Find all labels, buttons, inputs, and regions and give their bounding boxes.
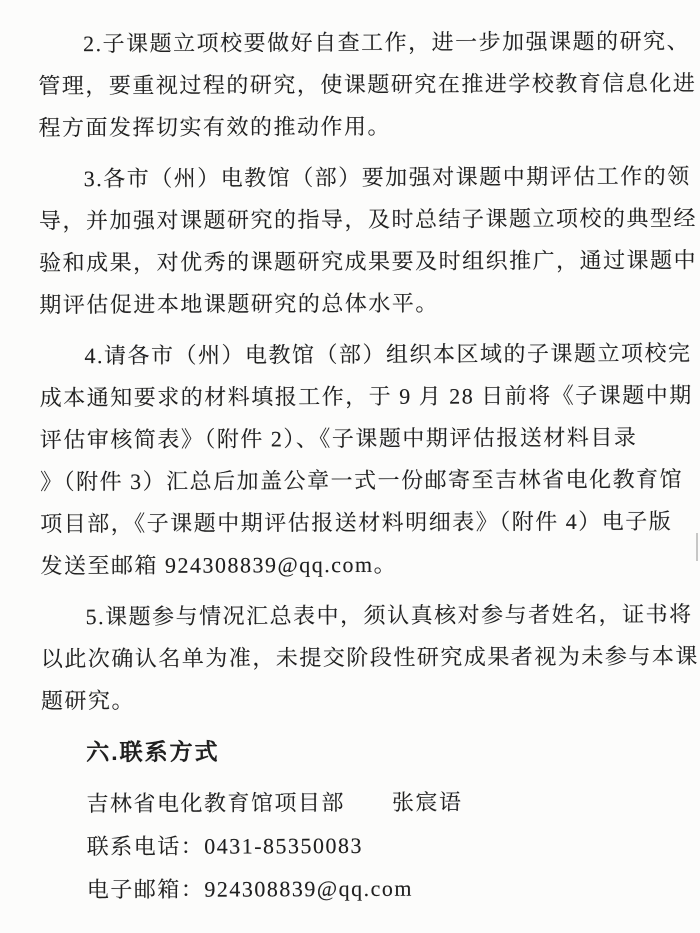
text-line: 2.子课题立项校要做好自查工作，进一步加强课题的研究、 bbox=[38, 21, 672, 66]
text-line: 发送至邮箱 924308839@qq.com。 bbox=[40, 543, 674, 588]
paragraph: 2.子课题立项校要做好自查工作，进一步加强课题的研究、管理，要重视过程的研究，使… bbox=[38, 21, 673, 150]
paragraph: 吉林省电化教育馆项目部 张宸语联系电话：0431-85350083电子邮箱：92… bbox=[41, 780, 676, 912]
text-line: 》（附件 3）汇总后加盖公章一式一份邮寄至吉林省电化教育馆 bbox=[40, 459, 674, 504]
section-heading: 六.联系方式 bbox=[41, 729, 675, 774]
text-line: 验和成果，对优秀的课题研究成果要及时组织推广，通过课题中 bbox=[39, 240, 673, 285]
text-line: 管理，要重视过程的研究，使课题研究在推进学校教育信息化进 bbox=[38, 63, 672, 108]
text-line: 5.课题参与情况汇总表中，须认真核对参与者姓名，证书将 bbox=[41, 594, 675, 639]
text-line: 题研究。 bbox=[41, 678, 675, 723]
paragraph: 4.请各市（州）电教馆（部）组织本区域的子课题立项校完成本通知要求的材料填报工作… bbox=[39, 333, 674, 588]
text-line: 导，并加强对课题研究的指导，及时总结子课题立项校的典型经 bbox=[39, 198, 673, 243]
text-line: 联系电话：0431-85350083 bbox=[42, 823, 676, 869]
text-line: 电子邮箱：924308839@qq.com bbox=[42, 866, 676, 912]
paragraph: 5.课题参与情况汇总表中，须认真核对参与者姓名，证书将以此次确认名单为准，未提交… bbox=[41, 594, 676, 723]
text-line: 程方面发挥切实有效的推动作用。 bbox=[38, 105, 672, 150]
paragraph: 3.各市（州）电教馆（部）要加强对课题中期评估工作的领导，并加强对课题研究的指导… bbox=[39, 156, 674, 327]
document-page: 2.子课题立项校要做好自查工作，进一步加强课题的研究、管理，要重视过程的研究，使… bbox=[0, 0, 700, 933]
text-line: 期评估促进本地课题研究的总体水平。 bbox=[39, 282, 673, 327]
document-body: 2.子课题立项校要做好自查工作，进一步加强课题的研究、管理，要重视过程的研究，使… bbox=[0, 0, 700, 933]
text-line: 吉林省电化教育馆项目部 张宸语 bbox=[41, 780, 675, 826]
text-line: 成本通知要求的材料填报工作，于 9 月 28 日前将《子课题中期 bbox=[40, 375, 674, 420]
text-line: 项目部，《子课题中期评估报送材料明细表》（附件 4）电子版 bbox=[40, 501, 674, 546]
text-line: 4.请各市（州）电教馆（部）组织本区域的子课题立项校完 bbox=[39, 333, 673, 378]
text-line: 六.联系方式 bbox=[41, 729, 675, 774]
scan-artifact-line bbox=[696, 533, 698, 561]
text-line: 3.各市（州）电教馆（部）要加强对课题中期评估工作的领 bbox=[39, 156, 673, 201]
text-line: 以此次确认名单为准，未提交阶段性研究成果者视为未参与本课 bbox=[41, 636, 675, 681]
text-line: 评估审核简表》（附件 2）、《子课题中期评估报送材料目录 bbox=[40, 417, 674, 462]
